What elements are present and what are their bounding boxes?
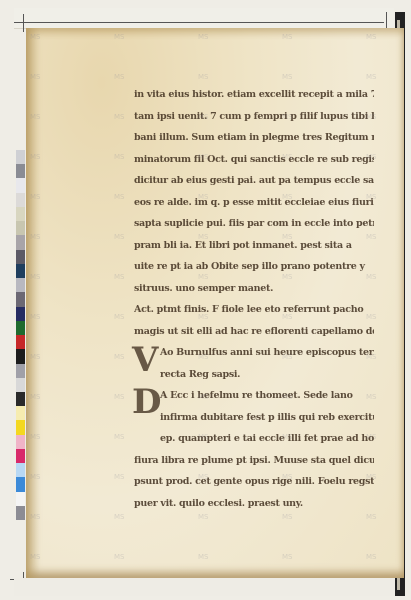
watermark: MS <box>366 474 376 481</box>
watermark: MS <box>282 194 292 201</box>
watermark: MS <box>282 354 292 361</box>
watermark: MS <box>114 434 124 441</box>
color-swatch <box>16 364 25 378</box>
watermark: MS <box>282 74 292 81</box>
watermark: MS <box>366 34 376 41</box>
watermark: MS <box>366 274 376 281</box>
manuscript-page: in vita eius histor. etiam excellit rece… <box>26 28 404 578</box>
watermark: MS <box>282 34 292 41</box>
color-swatch <box>16 278 25 292</box>
watermark: MS <box>114 394 124 401</box>
text-line: psunt prod. cet gente opus rige nili. Fo… <box>134 471 374 493</box>
color-swatch <box>16 292 25 306</box>
color-swatch <box>16 449 25 463</box>
watermark: MS <box>198 154 208 161</box>
color-swatch <box>16 420 25 434</box>
watermark: MS <box>198 114 208 121</box>
watermark: MS <box>114 274 124 281</box>
watermark: MS <box>198 274 208 281</box>
watermark: MS <box>114 114 124 121</box>
watermark: MS <box>198 314 208 321</box>
color-swatch <box>16 250 25 264</box>
watermark: MS <box>282 274 292 281</box>
watermark: MS <box>114 74 124 81</box>
crop-mark-top <box>14 22 384 23</box>
watermark: MS <box>366 394 376 401</box>
text-line: sapta suplicie pui. fiis par com in eccl… <box>134 213 374 235</box>
watermark: MS <box>282 434 292 441</box>
text-line: eos re alde. im q. p esse mitit eccleiae… <box>134 192 374 214</box>
color-swatch <box>16 506 25 520</box>
watermark: MS <box>114 474 124 481</box>
text-line: recta Reg sapsi. <box>134 364 374 386</box>
text-line: magis ut sit elli ad hac re eflorenti ca… <box>134 321 374 343</box>
watermark: MS <box>30 554 40 561</box>
watermark: MS <box>282 474 292 481</box>
watermark: MS <box>114 194 124 201</box>
color-swatch <box>16 378 25 392</box>
color-calibration-bar <box>16 150 25 520</box>
watermark: MS <box>30 234 40 241</box>
watermark: MS <box>282 234 292 241</box>
watermark: MS <box>198 394 208 401</box>
page-gutter-shadow <box>26 28 40 578</box>
watermark: MS <box>198 514 208 521</box>
watermark: MS <box>198 474 208 481</box>
color-swatch <box>16 307 25 321</box>
watermark: MS <box>282 394 292 401</box>
color-swatch <box>16 178 25 192</box>
watermark: MS <box>114 34 124 41</box>
text-line: tam ipsi uenit. 7 cum p fempri p filif l… <box>134 106 374 128</box>
watermark: MS <box>366 434 376 441</box>
watermark: MS <box>30 314 40 321</box>
text-line: pram bli ia. Et libri pot inmanet. pest … <box>134 235 374 257</box>
text-line: puer vit. quilo ecclesi. praest uny. <box>134 493 374 515</box>
watermark: MS <box>282 554 292 561</box>
text-line: sitruus. uno semper manet. <box>134 278 374 300</box>
watermark: MS <box>366 74 376 81</box>
watermark: MS <box>198 234 208 241</box>
color-swatch <box>16 349 25 363</box>
text-line: uite re pt ia ab Obite sep illo prano po… <box>134 256 374 278</box>
watermark: MS <box>114 554 124 561</box>
watermark: MS <box>198 34 208 41</box>
color-swatch <box>16 463 25 477</box>
watermark: MS <box>282 154 292 161</box>
decorated-initial: D <box>132 382 161 422</box>
watermark: MS <box>30 154 40 161</box>
watermark: MS <box>366 514 376 521</box>
watermark: MS <box>30 514 40 521</box>
text-line: minatorum fil Oct. qui sanctis eccle re … <box>134 149 374 171</box>
watermark: MS <box>366 314 376 321</box>
watermark: MS <box>366 554 376 561</box>
watermark: MS <box>198 434 208 441</box>
watermark: MS <box>366 114 376 121</box>
color-swatch <box>16 264 25 278</box>
watermark: MS <box>282 314 292 321</box>
watermark: MS <box>30 114 40 121</box>
crop-mark-top-left <box>23 14 24 32</box>
color-swatch <box>16 492 25 506</box>
manuscript-text: in vita eius histor. etiam excellit rece… <box>134 84 374 514</box>
watermark: MS <box>198 554 208 561</box>
text-line: in vita eius histor. etiam excellit rece… <box>134 84 374 106</box>
text-line: dicitur ab eius gesti pai. aut pa tempus… <box>134 170 374 192</box>
color-swatch <box>16 221 25 235</box>
top-calibration-strip <box>14 8 394 29</box>
color-swatch <box>16 235 25 249</box>
watermark: MS <box>114 354 124 361</box>
watermark: MS <box>30 34 40 41</box>
watermark: MS <box>366 234 376 241</box>
color-swatch <box>16 193 25 207</box>
watermark: MS <box>30 74 40 81</box>
color-swatch <box>16 207 25 221</box>
watermark: MS <box>198 194 208 201</box>
watermark: MS <box>198 354 208 361</box>
text-line: A Ecc i hefelmu re thomeet. Sede lano <box>134 385 374 407</box>
color-swatch <box>16 392 25 406</box>
watermark: MS <box>30 394 40 401</box>
watermark: MS <box>30 434 40 441</box>
watermark: MS <box>30 194 40 201</box>
color-swatch <box>16 335 25 349</box>
watermark: MS <box>30 354 40 361</box>
watermark: MS <box>30 474 40 481</box>
watermark: MS <box>114 314 124 321</box>
color-swatch <box>16 150 25 164</box>
watermark: MS <box>282 114 292 121</box>
watermark: MS <box>282 514 292 521</box>
text-line: Ao Burnulfus anni sui heure episcopus te… <box>134 342 374 364</box>
text-line: fiura libra re plume pt ipsi. Muuse sta … <box>134 450 374 472</box>
color-swatch <box>16 164 25 178</box>
watermark: MS <box>198 74 208 81</box>
text-line: ep. quampteri e tai eccle illi fet prae … <box>134 428 374 450</box>
color-swatch <box>16 406 25 420</box>
color-swatch <box>16 477 25 491</box>
watermark: MS <box>30 274 40 281</box>
watermark: MS <box>114 514 124 521</box>
color-swatch <box>16 435 25 449</box>
watermark: MS <box>114 154 124 161</box>
watermark: MS <box>366 354 376 361</box>
text-line: bani illum. Sum etiam in plegme tres Reg… <box>134 127 374 149</box>
watermark: MS <box>366 194 376 201</box>
text-line: Act. ptmt finis. F fiole lee eto referru… <box>134 299 374 321</box>
color-swatch <box>16 321 25 335</box>
decorated-initial: V <box>132 340 158 380</box>
text-line: infirma dubitare fest p illis qui reb ex… <box>134 407 374 429</box>
watermark: MS <box>366 154 376 161</box>
watermark: MS <box>114 234 124 241</box>
bottom-calibration-strip <box>14 578 394 596</box>
